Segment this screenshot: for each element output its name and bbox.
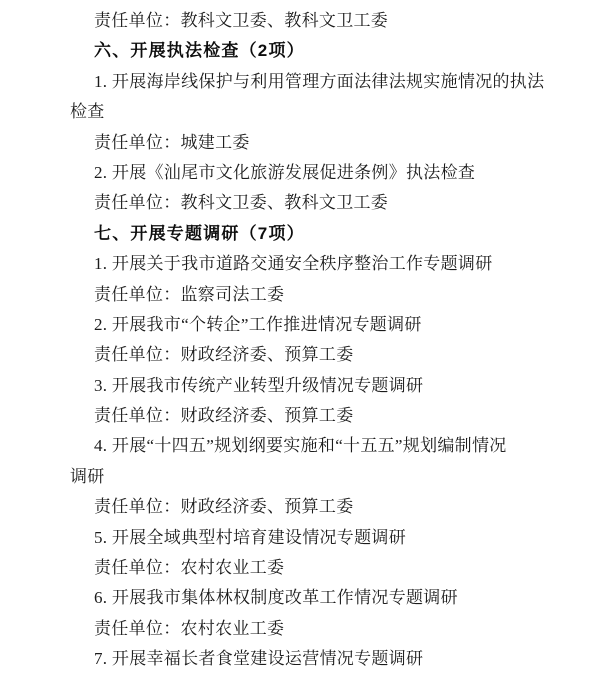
section-heading: 七、开展专题调研（7项） [70, 219, 536, 249]
responsible-unit: 责任单位：农村农业工委 [70, 614, 536, 644]
responsible-unit: 责任单位：财政经济委、预算工委 [70, 340, 536, 370]
document-content: 责任单位：教科文卫委、教科文卫工委六、开展执法检查（2项）1. 开展海岸线保护与… [0, 0, 600, 675]
responsible-unit: 责任单位：农村农业工委 [70, 553, 536, 583]
responsible-unit: 责任单位：城建工委 [70, 128, 536, 158]
task-item: 1. 开展关于我市道路交通安全秩序整治工作专题调研 [70, 249, 536, 279]
responsible-unit: 责任单位：教科文卫委、教科文卫工委 [70, 6, 536, 36]
document-page: 责任单位：教科文卫委、教科文卫工委六、开展执法检查（2项）1. 开展海岸线保护与… [0, 0, 600, 686]
task-item: 2. 开展《汕尾市文化旅游发展促进条例》执法检查 [70, 158, 536, 188]
task-item: 5. 开展全域典型村培育建设情况专题调研 [70, 523, 536, 553]
responsible-unit: 责任单位：财政经济委、预算工委 [70, 492, 536, 522]
continuation: 检查 [70, 97, 536, 127]
task-item: 3. 开展我市传统产业转型升级情况专题调研 [70, 371, 536, 401]
responsible-unit: 责任单位：教科文卫委、教科文卫工委 [70, 188, 536, 218]
task-item: 2. 开展我市“个转企”工作推进情况专题调研 [70, 310, 536, 340]
responsible-unit: 责任单位：监察司法工委 [70, 280, 536, 310]
continuation: 调研 [70, 462, 536, 492]
task-item: 6. 开展我市集体林权制度改革工作情况专题调研 [70, 583, 536, 613]
task-item: 1. 开展海岸线保护与利用管理方面法律法规实施情况的执法 [70, 67, 536, 97]
section-heading: 六、开展执法检查（2项） [70, 36, 536, 66]
task-item: 4. 开展“十四五”规划纲要实施和“十五五”规划编制情况 [70, 431, 536, 461]
task-item: 7. 开展幸福长者食堂建设运营情况专题调研 [70, 644, 536, 674]
responsible-unit: 责任单位：财政经济委、预算工委 [70, 401, 536, 431]
